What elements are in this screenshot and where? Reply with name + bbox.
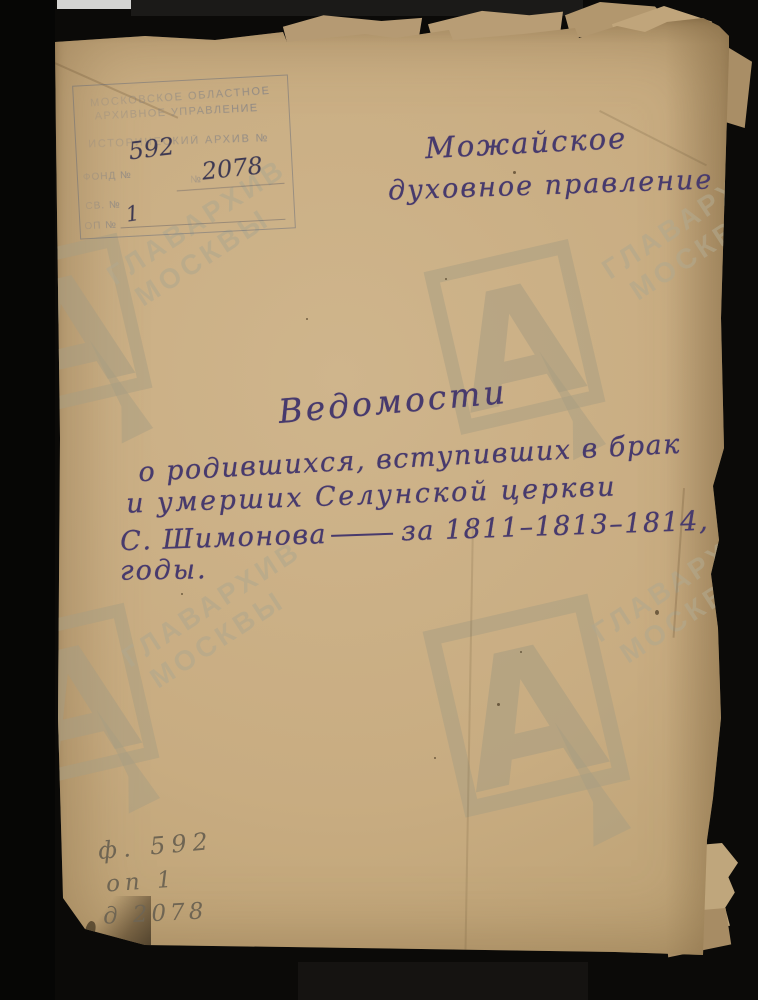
title-added-year: 1818 <box>721 507 758 526</box>
cover-page: А ГЛАВАРХИВ МОСКВЫ ГЛАВАРХИВ МОСКВЫ ГЛАВ… <box>55 18 733 962</box>
paper-speck <box>434 757 436 759</box>
scanner-strip-dark <box>131 0 583 16</box>
stamp-fond-value: 592 <box>127 132 176 165</box>
pencil-opis: оп 1 <box>105 867 177 898</box>
pen-flourish <box>331 521 393 537</box>
stamp-rule-line <box>121 219 286 229</box>
stamp-delo-value: 2078 <box>200 151 264 185</box>
scanner-strip-light <box>57 0 131 9</box>
title-line4: годы. <box>120 554 208 587</box>
paper-speck <box>181 593 183 595</box>
stamp-number-label: № <box>190 174 201 186</box>
stamp-op-value: 1 <box>124 201 141 227</box>
paper-speck <box>520 651 522 653</box>
stamp-fond-label: ФОНД № <box>83 170 132 184</box>
stamp-op-label: ОП № <box>84 220 117 233</box>
stamp-line3: ИСТОРИЧЕСКИЙ АРХИВ № <box>88 132 269 150</box>
archive-stamp: МОСКОВСКОЕ ОБЛАСТНОЕ АРХИВНОЕ УПРАВЛЕНИЕ… <box>72 74 296 239</box>
scanned-archival-cover: А ГЛАВАРХИВ МОСКВЫ ГЛАВАРХИВ МОСКВЫ ГЛАВ… <box>0 0 758 1000</box>
paper-speck <box>306 318 308 320</box>
scan-background-left <box>0 0 55 1000</box>
paper-speck <box>497 703 500 706</box>
stamp-sv-label: СВ. № <box>85 199 121 212</box>
scan-background-bottom <box>298 962 588 1000</box>
pencil-delo: д 2078 <box>102 898 208 929</box>
paper-speck <box>655 610 659 615</box>
paper-speck <box>445 278 447 280</box>
